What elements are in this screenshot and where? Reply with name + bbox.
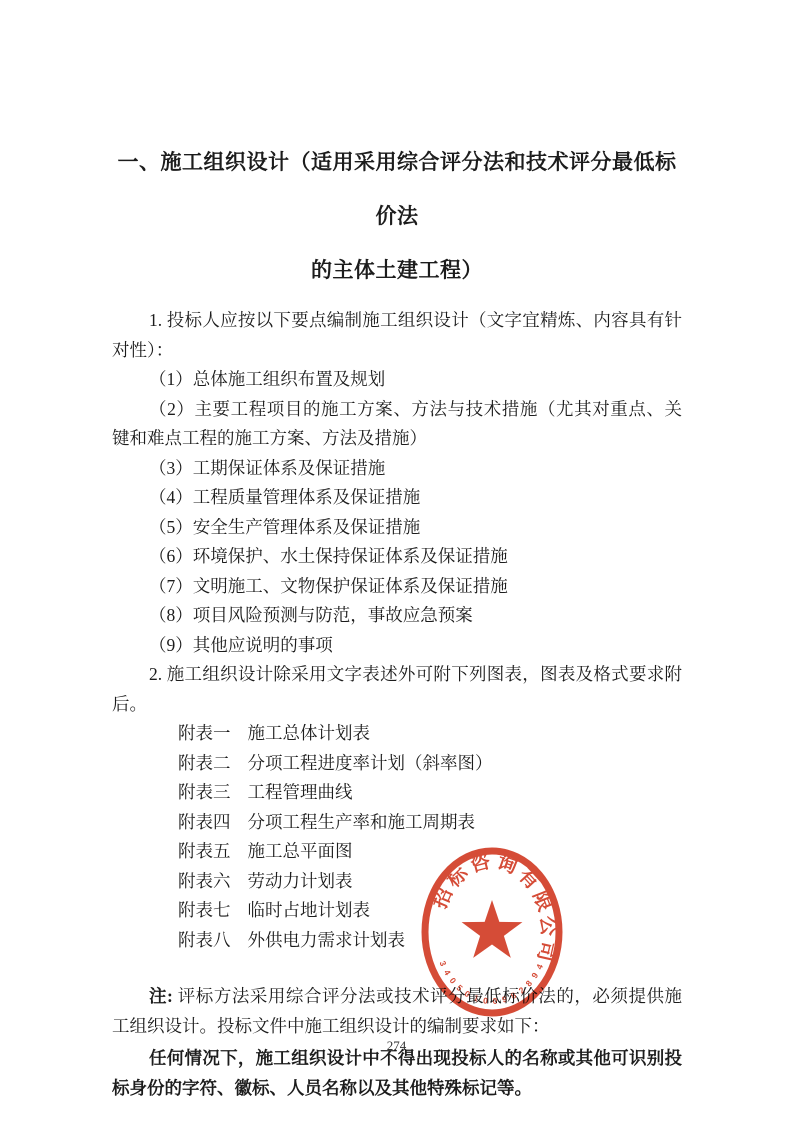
page-title-line1: 一、施工组织设计（适用采用综合评分法和技术评分最低标价法 [112,136,682,244]
note-paragraph: 注: 评标方法采用综合评分法或技术评分最低标价法的，必须提供施工组织设计。投标文… [112,982,682,1041]
note-text: 评标方法采用综合评分法或技术评分最低标价法的，必须提供施工组织设计。投标文件中施… [112,986,682,1036]
table-list-item-4: 附表四分项工程生产率和施工周期表 [112,808,682,838]
table-name: 分项工程生产率和施工周期表 [248,812,476,832]
table-name: 外供电力需求计划表 [248,930,406,950]
table-list-item-5: 附表五施工总平面图 [112,837,682,867]
table-name: 劳动力计划表 [248,871,353,891]
point-item-1: （1）总体施工组织布置及规划 [112,365,682,395]
page-title: 一、施工组织设计（适用采用综合评分法和技术评分最低标价法 的主体土建工程） [112,136,682,298]
table-list-item-2: 附表二分项工程进度率计划（斜率图） [112,749,682,779]
point-item-2: （2）主要工程项目的施工方案、方法与技术措施（尤其对重点、关键和难点工程的施工方… [112,395,682,454]
table-label: 附表四 [178,812,231,832]
table-label: 附表一 [178,723,231,743]
point-item-6: （6）环境保护、水土保持保证体系及保证措施 [112,542,682,572]
point-item-8: （8）项目风险预测与防范，事故应急预案 [112,601,682,631]
table-label: 附表七 [178,900,231,920]
note-label: 注: [149,986,173,1006]
point-item-3: （3）工期保证体系及保证措施 [112,454,682,484]
point-item-4: （4）工程质量管理体系及保证措施 [112,483,682,513]
table-list-item-1: 附表一施工总体计划表 [112,719,682,749]
page-number: 274 [0,1038,793,1054]
paragraph-item1: 1. 投标人应按以下要点编制施工组织设计（文字宜精炼、内容具有针对性）： [112,306,682,365]
paragraph-item2: 2. 施工组织设计除采用文字表述外可附下列图表，图表及格式要求附后。 [112,660,682,719]
point-item-5: （5）安全生产管理体系及保证措施 [112,513,682,543]
document-content: 一、施工组织设计（适用采用综合评分法和技术评分最低标价法 的主体土建工程） 1.… [112,136,682,1103]
table-name: 施工总体计划表 [248,723,371,743]
table-list-item-7: 附表七临时占地计划表 [112,896,682,926]
table-label: 附表三 [178,782,231,802]
document-page: 一、施工组织设计（适用采用综合评分法和技术评分最低标价法 的主体土建工程） 1.… [0,0,793,1122]
table-label: 附表六 [178,871,231,891]
table-label: 附表五 [178,841,231,861]
table-name: 施工总平面图 [248,841,353,861]
page-title-line2: 的主体土建工程） [112,244,682,298]
table-name: 分项工程进度率计划（斜率图） [248,753,493,773]
table-list-item-8: 附表八外供电力需求计划表 [112,926,682,956]
table-label: 附表二 [178,753,231,773]
table-name: 临时占地计划表 [248,900,371,920]
table-name: 工程管理曲线 [248,782,353,802]
point-item-9: （9）其他应说明的事项 [112,631,682,661]
point-item-7: （7）文明施工、文物保护保证体系及保证措施 [112,572,682,602]
table-list-item-6: 附表六劳动力计划表 [112,867,682,897]
table-list-item-3: 附表三工程管理曲线 [112,778,682,808]
table-label: 附表八 [178,930,231,950]
